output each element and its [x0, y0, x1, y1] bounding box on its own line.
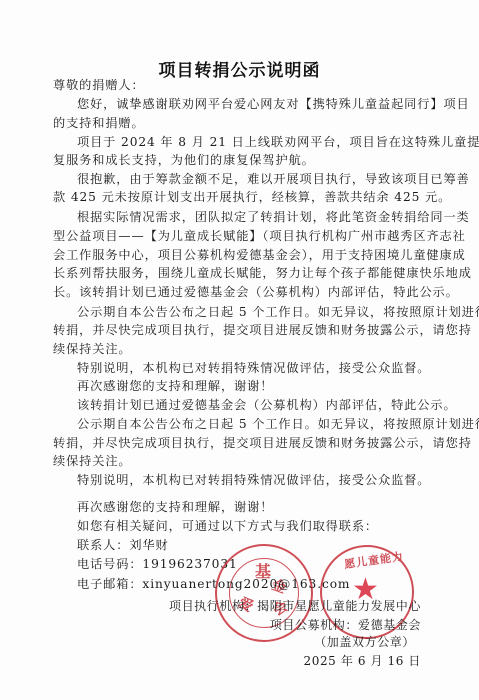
paragraph-line: 如您有相关疑问，可通过以下方式与我们取得联系： [77, 517, 425, 535]
contact-email: 电子邮箱：xinyuanertong2020@163.com [77, 575, 425, 593]
document-date: 2025 年 6 月 16 日 [303, 653, 421, 670]
paragraph-line: 的支持和捐赠。 [53, 114, 425, 132]
paragraph-line: 款 425 元未按原计划支出开展执行，经核算，善款共结余 425 元。 [53, 188, 425, 206]
paragraph-line: 转捐，并尽快完成项目执行，提交项目进展反馈和财务披露公示，请您持 [53, 434, 425, 452]
paragraph-line: 公示期自本公告公布之日起 5 个工作日。如无异议，将按照原计划进行 [77, 303, 425, 321]
paragraph-line: 长。该转捐计划已通过爱德基金会（公募机构）内部评估，特此公示。 [53, 283, 425, 301]
salutation: 尊敬的捐赠人： [53, 76, 425, 94]
seal-note: （加盖双方公章） [314, 634, 415, 651]
paragraph-line: 会工作服务中心，项目公募机构爱德基金会），用于支持困境儿童健康成 [53, 246, 425, 264]
paragraph-line: 长系列帮扶服务，围绕儿童成长赋能，努力让每个孩子都能健康快乐地成 [53, 264, 425, 282]
paragraph-line: 特别说明，本机构已对转捐特殊情况做评估，接受公众监督。 [77, 471, 425, 489]
paragraph-line: 很抱歉，由于筹款金额不足，难以开展项目执行，导致该项目已筹善 [77, 170, 425, 188]
stamp-ring-text: 愿儿童能力 [343, 548, 405, 572]
paragraph-line: 该转捐计划已通过爱德基金会（公募机构）内部评估，特此公示。 [77, 396, 425, 414]
fundraiser-org: 项目公募机构：爱德基金会 [270, 617, 421, 634]
paragraph-line: 转捐，并尽快完成项目执行，提交项目进展反馈和财务披露公示，请您持 [53, 321, 425, 339]
paragraph-line: 特别说明，本机构已对转捐特殊情况做评估，接受公众监督。 [77, 359, 425, 377]
paragraph-line: 您好，诚挚感谢联劝网平台爱心网友对【携特殊儿童益起同行】项目 [77, 95, 425, 113]
paragraph-line: 续保持关注。 [53, 340, 425, 358]
paragraph-line: 型公益项目——【为儿童成长赋能】（项目执行机构广州市越秀区齐志社 [53, 227, 425, 245]
executor-org: 项目执行机构：揭阳市星愿儿童能力发展中心 [169, 598, 421, 615]
paragraph-line: 根据实际情况需求，团队拟定了转捐计划，将此笔资金转捐给同一类 [77, 208, 425, 226]
paragraph-line: 复服务和成长支持，为他们的康复保驾护航。 [53, 151, 425, 169]
paragraph-line: 再次感谢您的支持和理解，谢谢！ [77, 377, 425, 395]
paragraph-line: 项目于 2024 年 8 月 21 日上线联劝网平台，项目旨在这特殊儿童提供康 [77, 133, 425, 151]
paragraph-line: 续保持关注。 [53, 452, 425, 470]
paragraph-line: 公示期自本公告公布之日起 5 个工作日。如无异议，将按照原计划进行 [77, 415, 425, 433]
document-page: 项目转捐公示说明函 尊敬的捐赠人： 您好，诚挚感谢联劝网平台爱心网友对【携特殊儿… [0, 0, 479, 700]
paragraph-line: 再次感谢您的支持和理解，谢谢！ [77, 498, 425, 516]
